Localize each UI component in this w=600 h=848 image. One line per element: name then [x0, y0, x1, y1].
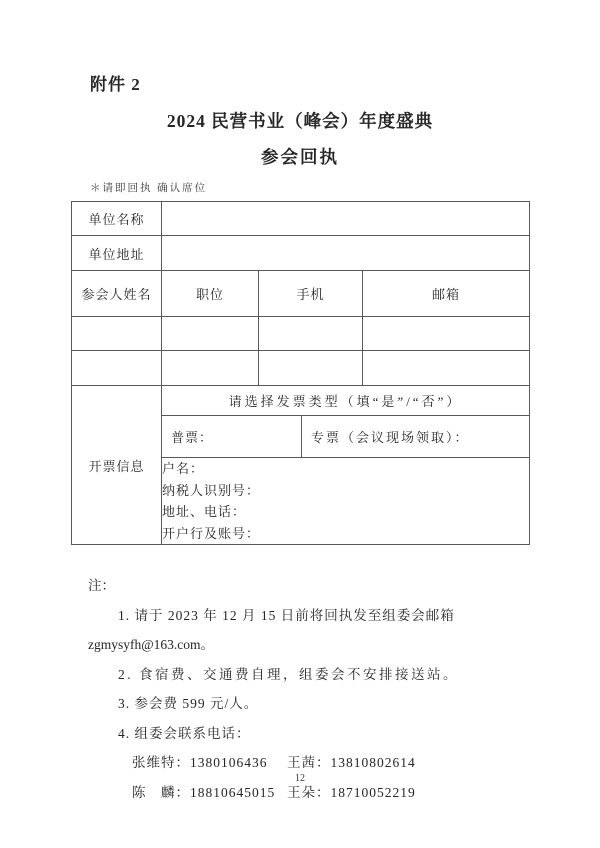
contact-phone: 13810802614: [331, 755, 416, 770]
attendee-blank-cell: [162, 351, 259, 386]
notes-label: 注：: [88, 571, 538, 601]
contact-name: 王朵：: [287, 785, 331, 800]
contact-phone: 18810645015: [190, 785, 275, 800]
invoice-type-choice-cell: 普票： 专票（会议现场领取）：: [162, 416, 530, 458]
contact-phone: 1380106436: [190, 755, 268, 770]
attendee-header-row: 参会人姓名 职位 手机 邮箱: [72, 271, 530, 317]
page-number: 12: [0, 773, 600, 784]
attachment-label: 附件 2: [90, 0, 600, 95]
account-name-field-label: 户名：: [162, 458, 529, 480]
attendee-blank-cell: [259, 317, 363, 351]
reply-form-table: 单位名称 单位地址 参会人姓名 职位 手机 邮箱: [71, 201, 530, 545]
bank-account-field-label: 开户行及账号：: [162, 523, 529, 545]
regular-invoice-label: 普票：: [162, 416, 301, 457]
invoice-fields-cell: 户名： 纳税人识别号： 地址、电话： 开户行及账号：: [162, 458, 530, 545]
address-phone-field-label: 地址、电话：: [162, 501, 529, 523]
attendee-blank-cell: [259, 351, 363, 386]
invoice-section-label: 开票信息: [72, 386, 162, 545]
taxpayer-id-field-label: 纳税人识别号：: [162, 480, 529, 502]
notes-section: 注： 1. 请于 2023 年 12 月 15 日前将回执发至组委会邮箱 zgm…: [88, 571, 538, 807]
attendee-mobile-header: 手机: [259, 271, 363, 317]
contact-name: 陈 麟：: [132, 785, 190, 800]
attendee-blank-cell: [162, 317, 259, 351]
attendee-name-header: 参会人姓名: [72, 271, 162, 317]
note-item-3: 3. 参会费 599 元/人。: [88, 689, 538, 719]
attendee-blank-cell: [72, 351, 162, 386]
contact-phone: 18710052219: [331, 785, 416, 800]
note-item-1-line-2: zgmysyfh@163.com。: [88, 630, 538, 660]
attendee-blank-cell: [363, 317, 530, 351]
unit-address-blank-cell: [162, 236, 530, 271]
page-subtitle: 参会回执: [0, 144, 600, 169]
unit-address-row: 单位地址: [72, 236, 530, 271]
attendee-blank-row: [72, 351, 530, 386]
invoice-type-prompt-row: 开票信息 请选择发票类型（填“是”/“否”）: [72, 386, 530, 416]
unit-name-row: 单位名称: [72, 202, 530, 236]
attendee-position-header: 职位: [162, 271, 259, 317]
attendee-blank-row: [72, 317, 530, 351]
document-page: 附件 2 2024 民营书业（峰会）年度盛典 参会回执 ＊请即回执 确认席位 单…: [0, 0, 600, 848]
invoice-type-split: 普票： 专票（会议现场领取）：: [162, 416, 529, 457]
attendee-blank-cell: [72, 317, 162, 351]
note-item-1-line-1: 1. 请于 2023 年 12 月 15 日前将回执发至组委会邮箱: [88, 601, 538, 631]
contact-name: 王茜：: [287, 755, 331, 770]
unit-address-label: 单位地址: [72, 236, 162, 271]
special-invoice-label: 专票（会议现场领取）：: [301, 416, 529, 457]
attendee-blank-cell: [363, 351, 530, 386]
unit-name-blank-cell: [162, 202, 530, 236]
seat-confirmation-note: ＊请即回执 确认席位: [90, 180, 600, 195]
contact-name: 张维特：: [132, 755, 190, 770]
invoice-type-prompt: 请选择发票类型（填“是”/“否”）: [162, 386, 530, 416]
attendee-email-header: 邮箱: [363, 271, 530, 317]
note-item-4: 4. 组委会联系电话：: [88, 719, 538, 749]
unit-name-label: 单位名称: [72, 202, 162, 236]
page-title: 2024 民营书业（峰会）年度盛典: [0, 108, 600, 133]
note-item-2: 2. 食宿费、交通费自理，组委会不安排接送站。: [88, 660, 538, 690]
